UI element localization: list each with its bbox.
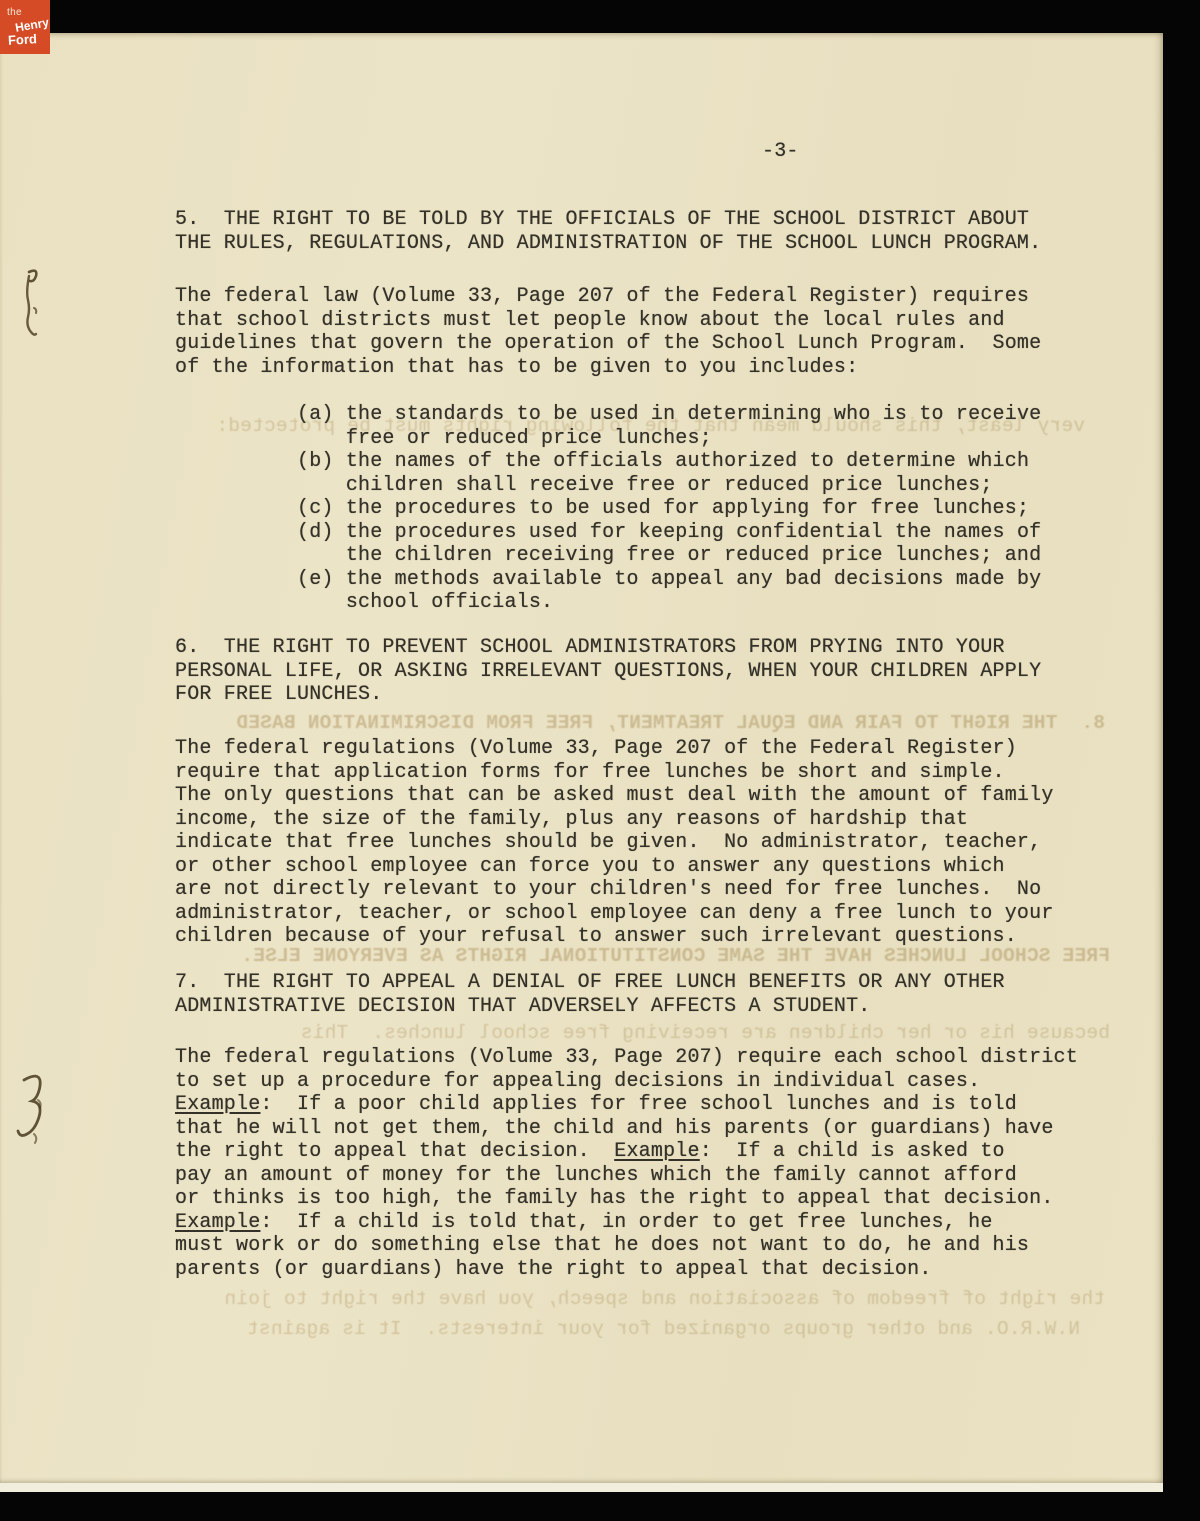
- under-sheet-edge: [0, 1483, 1163, 1492]
- section-7-paragraph: The federal regulations (Volume 33, Page…: [175, 1046, 1135, 1281]
- bleedthrough-line: 8. THE RIGHT TO FAIR AND EQUAL TREATMENT…: [155, 712, 1105, 735]
- staple-mark-icon: [14, 266, 48, 346]
- staple-mark-icon: [16, 1072, 54, 1176]
- section-7-heading: 7. THE RIGHT TO APPEAL A DENIAL OF FREE …: [175, 971, 1135, 1018]
- logo-text-the: the: [7, 7, 22, 18]
- henry-ford-logo: the Henry Ford: [0, 0, 50, 54]
- section-6-paragraph: The federal regulations (Volume 33, Page…: [175, 737, 1135, 949]
- bleedthrough-line: the right of freedom of association and …: [160, 1288, 1105, 1311]
- section-6-heading: 6. THE RIGHT TO PREVENT SCHOOL ADMINISTR…: [175, 636, 1135, 707]
- document-page: -3- 5. THE RIGHT TO BE TOLD BY THE OFFIC…: [0, 33, 1163, 1483]
- section-5-heading: 5. THE RIGHT TO BE TOLD BY THE OFFICIALS…: [175, 208, 1135, 255]
- page-number: -3-: [762, 140, 882, 164]
- logo-text-ford: Ford: [8, 31, 38, 47]
- section-5-paragraph: The federal law (Volume 33, Page 207 of …: [175, 285, 1135, 379]
- bleedthrough-line: N.W.R.O. and other groups organized for …: [175, 1318, 1080, 1341]
- section-5-list: (a) the standards to be used in determin…: [175, 403, 1135, 615]
- bleedthrough-line: because his or her children are receivin…: [180, 1022, 1110, 1045]
